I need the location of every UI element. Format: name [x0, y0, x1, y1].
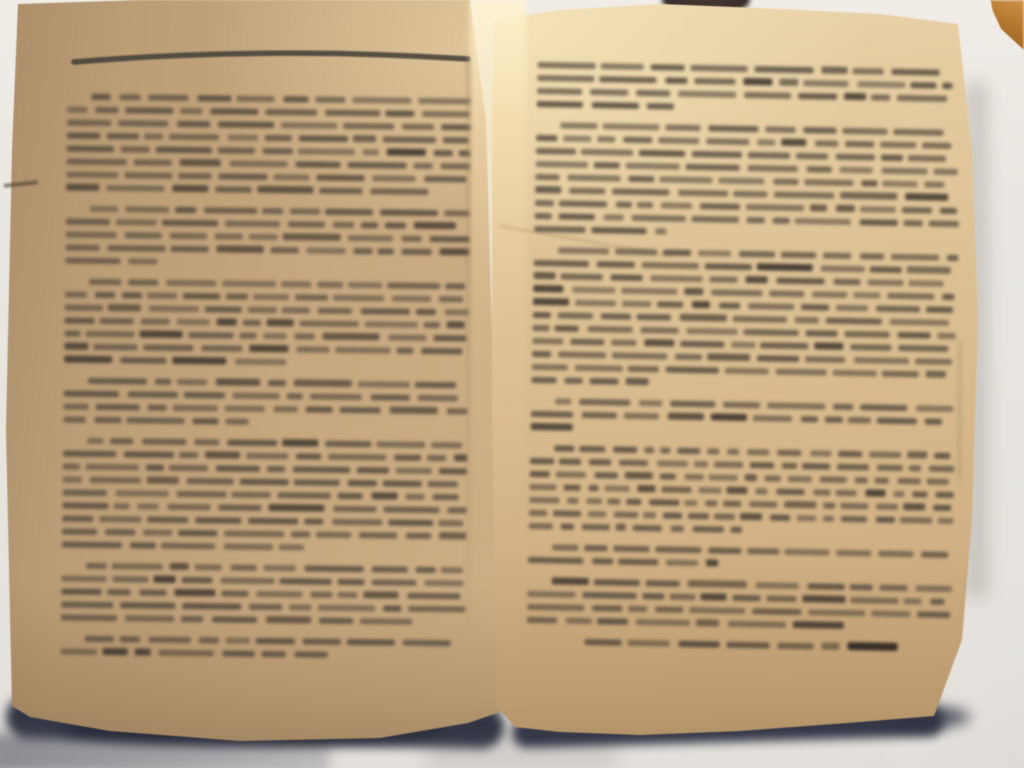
blurred-word [870, 266, 902, 273]
blurred-word [376, 441, 425, 448]
blurred-word [424, 322, 440, 328]
blurred-word [182, 577, 213, 583]
blurred-word [591, 227, 646, 234]
blurred-word [836, 154, 875, 161]
blurred-word [698, 487, 721, 493]
blurred-word [304, 518, 323, 524]
blurred-word [947, 255, 958, 261]
blurred-word [122, 292, 142, 298]
blurred-word [586, 498, 602, 504]
blurred-word [561, 524, 574, 530]
blurred-word [795, 317, 819, 323]
blurred-word [876, 504, 898, 510]
blurred-word [310, 592, 332, 598]
blurred-word [112, 563, 163, 570]
blurred-word [120, 357, 166, 364]
blurred-word [765, 126, 795, 133]
blurred-word [908, 280, 943, 287]
blurred-word [552, 544, 578, 550]
blurred-word [532, 351, 551, 357]
blurred-word [714, 513, 735, 519]
blurred-word [441, 567, 463, 573]
blurred-word [613, 546, 649, 553]
blurred-word [658, 137, 699, 144]
blurred-word [898, 478, 921, 484]
blurred-word [445, 283, 465, 289]
blurred-word [533, 298, 569, 306]
paragraph-blurred [63, 374, 468, 431]
blurred-word [387, 148, 426, 155]
blurred-word [887, 293, 934, 300]
blurred-word [803, 127, 836, 134]
blurred-word [632, 215, 686, 222]
blurred-word [902, 207, 932, 214]
blurred-word [537, 101, 583, 108]
blurred-word [560, 122, 597, 129]
blurred-word [934, 169, 958, 175]
blurred-word [256, 591, 302, 598]
blurred-word [288, 221, 325, 227]
blurred-word [249, 345, 288, 352]
blurred-word [744, 92, 791, 99]
paragraph-blurred [531, 243, 958, 394]
blurred-word [700, 203, 740, 210]
blurred-word [197, 95, 231, 101]
blurred-word [840, 167, 873, 174]
blurred-word [934, 453, 950, 459]
blurred-word [823, 252, 851, 259]
blurred-word [590, 89, 628, 96]
blurred-word [440, 248, 470, 255]
blurred-word [905, 193, 948, 201]
blurred-word [370, 188, 428, 195]
blurred-word [705, 263, 752, 270]
blurred-word [803, 80, 848, 87]
blurred-word [61, 649, 97, 655]
blurred-word [89, 279, 121, 285]
blurred-word [149, 637, 191, 644]
blurred-word [62, 516, 93, 522]
blurred-word [262, 208, 283, 214]
blurred-word [881, 155, 903, 161]
blurred-word [836, 550, 871, 557]
blurred-word [443, 137, 469, 143]
paragraph-blurred [62, 434, 467, 556]
blurred-word [776, 369, 827, 376]
blurred-word [406, 533, 431, 539]
blurred-word [836, 305, 868, 312]
blurred-word [711, 413, 747, 421]
blurred-word [910, 82, 936, 88]
blurred-word [178, 530, 217, 536]
blurred-word [527, 591, 575, 598]
blurred-word [421, 348, 462, 355]
blurred-word [597, 136, 615, 142]
blurred-word [926, 306, 953, 313]
blurred-word [534, 272, 556, 279]
blurred-word [441, 124, 471, 130]
blurred-word [264, 565, 296, 571]
paragraph-blurred [64, 275, 469, 371]
blurred-word [597, 261, 635, 268]
blurred-word [106, 185, 164, 192]
blurred-word [199, 637, 219, 643]
blurred-word [891, 254, 939, 261]
blurred-word [705, 500, 717, 506]
blurred-word [263, 148, 293, 154]
blurred-word [177, 491, 227, 498]
blurred-word [65, 318, 95, 324]
blurred-word [915, 358, 952, 365]
blurred-word [418, 395, 458, 401]
blurred-word [253, 294, 289, 300]
blurred-text-line [526, 634, 950, 655]
blurred-word [231, 565, 257, 571]
paragraph-blurred [61, 632, 465, 663]
blurred-word [147, 477, 179, 484]
blurred-word [743, 78, 772, 86]
blurred-word [124, 451, 174, 458]
signature-line [526, 634, 950, 655]
blurred-word [708, 125, 758, 132]
blurred-word [714, 461, 743, 468]
blurred-word [310, 394, 362, 401]
blurred-word [607, 498, 620, 504]
blurred-word [137, 503, 158, 509]
blurred-word [860, 404, 907, 411]
blurred-word [766, 595, 796, 602]
blurred-word [431, 442, 462, 448]
blurred-word [179, 452, 198, 458]
blurred-word [85, 636, 114, 642]
blurred-word [169, 465, 208, 471]
blurred-word [371, 579, 416, 586]
blurred-word [363, 149, 379, 155]
blurred-word [147, 517, 188, 524]
blurred-word [218, 121, 274, 128]
blurred-word [128, 391, 178, 398]
blurred-word [743, 329, 798, 336]
blurred-word [227, 440, 277, 447]
blurred-word [333, 295, 384, 302]
blurred-word [558, 312, 593, 319]
blurred-word [611, 274, 643, 281]
blurred-word [845, 141, 874, 148]
blurred-word [439, 296, 463, 302]
blurred-word [139, 589, 166, 595]
blurred-word [118, 120, 168, 127]
blurred-word [124, 172, 172, 179]
blurred-word [274, 406, 298, 412]
paragraph-blurred [528, 540, 952, 574]
blurred-word [876, 517, 895, 523]
blurred-word [639, 150, 685, 157]
blurred-word [588, 485, 598, 491]
blurred-word [172, 185, 208, 192]
blurred-word [628, 606, 647, 612]
blurred-word [691, 65, 748, 72]
blurred-word [558, 351, 606, 358]
blurred-word [385, 110, 414, 116]
blurred-word [428, 481, 458, 487]
blurred-word [685, 474, 704, 480]
blurred-word [434, 150, 453, 156]
blurred-word [942, 294, 954, 300]
blurred-word [821, 643, 839, 650]
blurred-word [733, 191, 767, 198]
blurred-word [661, 486, 691, 493]
blurred-word [372, 566, 408, 572]
blurred-word [554, 445, 574, 451]
blurred-word [694, 78, 735, 85]
paragraph-blurred [527, 574, 952, 634]
blurred-word [225, 405, 265, 411]
blurred-word [273, 174, 309, 180]
blurred-word [90, 206, 118, 212]
blurred-word [257, 186, 313, 194]
blurred-word [570, 339, 604, 346]
right-page-text-block [526, 58, 961, 663]
blurred-word [853, 68, 884, 75]
blurred-word [869, 451, 901, 458]
blurred-word [810, 450, 831, 456]
blurred-word [317, 282, 343, 288]
paragraph-blurred [537, 58, 962, 118]
blurred-word [666, 560, 698, 567]
blurred-word [88, 378, 147, 385]
blurred-word [538, 62, 596, 69]
blurred-word [848, 417, 871, 423]
blurred-word [283, 96, 308, 102]
blurred-word [156, 147, 212, 154]
blurred-word [279, 544, 304, 550]
blurred-word [161, 543, 215, 550]
blurred-word [392, 296, 431, 302]
blurred-word [536, 148, 576, 155]
blurred-word [757, 139, 775, 145]
blurred-word [116, 490, 169, 497]
blurred-word [291, 531, 310, 537]
blurred-word [216, 378, 260, 386]
blurred-word [225, 220, 280, 227]
blurred-word [637, 485, 655, 492]
blurred-word [908, 155, 946, 162]
blurred-word [626, 163, 680, 170]
blurred-word [805, 330, 837, 337]
blurred-word [226, 294, 248, 300]
blurred-word [747, 548, 779, 555]
blurred-word [853, 292, 880, 299]
blurred-word [892, 69, 940, 76]
blurred-word [438, 520, 463, 526]
blurred-word [108, 245, 166, 252]
blurred-word [62, 503, 108, 510]
blurred-word [134, 159, 172, 165]
blurred-word [353, 135, 376, 142]
blurred-word [533, 312, 551, 318]
blurred-word [189, 332, 234, 339]
blurred-word [280, 578, 332, 585]
blurred-word [408, 606, 465, 613]
blurred-word [388, 334, 426, 340]
blurred-word [246, 453, 288, 460]
blurred-word [755, 66, 814, 73]
blurred-word [755, 488, 767, 494]
blurred-word [533, 325, 550, 331]
blurred-word [784, 501, 816, 509]
blurred-word [265, 135, 292, 141]
blurred-word [825, 417, 843, 423]
blurred-word [757, 355, 799, 362]
blurred-word [235, 359, 286, 366]
blurred-word [711, 289, 762, 296]
blurred-word [182, 603, 241, 610]
blurred-word [146, 465, 164, 471]
blurred-word [358, 381, 410, 388]
blurred-word [663, 512, 682, 518]
blurred-word [387, 282, 440, 289]
blurred-word [338, 579, 365, 585]
blurred-word [718, 177, 764, 184]
blurred-word [416, 309, 436, 315]
blurred-word [249, 234, 278, 240]
blurred-word [882, 168, 928, 175]
blurred-word [130, 542, 156, 548]
blurred-word [707, 353, 750, 361]
blurred-word [805, 356, 845, 363]
blurred-word [900, 517, 932, 524]
blurred-word [793, 621, 844, 629]
blurred-word [666, 367, 719, 374]
blurred-word [644, 339, 674, 347]
blurred-word [779, 79, 798, 86]
blurred-word [893, 491, 904, 497]
blurred-word [857, 81, 905, 88]
blurred-word [537, 88, 582, 95]
blurred-word [661, 202, 692, 209]
blurred-word [365, 321, 418, 328]
blurred-word [187, 478, 234, 485]
blurred-word [616, 202, 632, 208]
blurred-word [850, 584, 873, 590]
blurred-word [637, 202, 653, 208]
blurred-word [897, 95, 947, 102]
blurred-word [433, 335, 466, 341]
blurred-word [671, 526, 684, 532]
blurred-word [688, 513, 709, 519]
blurred-word [796, 153, 828, 160]
blurred-word [680, 341, 724, 348]
blurred-word [66, 232, 117, 239]
blurred-word [628, 176, 654, 182]
blurred-word [665, 124, 700, 131]
blurred-word [823, 503, 835, 509]
blurred-word [360, 618, 412, 625]
blurred-word [618, 559, 658, 566]
blurred-word [749, 501, 777, 508]
blurred-word [177, 319, 210, 325]
blurred-word [890, 319, 949, 326]
blurred-word [174, 589, 215, 597]
blurred-word [841, 516, 867, 522]
blurred-word [692, 216, 739, 223]
blurred-word [688, 580, 747, 588]
blurred-word [459, 150, 471, 156]
blurred-word [893, 129, 943, 136]
blurred-word [230, 161, 288, 168]
blurred-word [316, 532, 351, 538]
signature-name-bold [847, 642, 897, 651]
blurred-word [100, 318, 134, 324]
blurred-word [929, 221, 959, 228]
blurred-word [776, 489, 804, 496]
blurred-word [64, 343, 88, 350]
blurred-word [383, 506, 439, 513]
blurred-word [698, 250, 731, 257]
blurred-word [228, 135, 258, 141]
blurred-word [860, 219, 898, 226]
blurred-word [105, 529, 135, 535]
blurred-word [294, 333, 314, 339]
blurred-word [402, 124, 434, 130]
blurred-word [733, 316, 787, 323]
blurred-word [626, 499, 641, 505]
blurred-word [268, 504, 324, 512]
blurred-word [96, 404, 140, 411]
blurred-word [167, 504, 210, 511]
blurred-word [909, 465, 921, 471]
blurred-word [687, 328, 738, 335]
blurred-word [178, 173, 211, 179]
blurred-word [850, 344, 891, 351]
blurred-word [232, 492, 271, 498]
blurred-word [529, 510, 547, 516]
blurred-word [940, 208, 957, 214]
blurred-word [348, 480, 377, 486]
blurred-word [170, 563, 189, 570]
blurred-word [347, 639, 395, 646]
blurred-word [566, 618, 592, 624]
blurred-word [812, 291, 847, 298]
blurred-word [820, 476, 847, 483]
blurred-word [678, 641, 719, 648]
blurred-word [218, 147, 255, 153]
blurred-word [99, 516, 141, 523]
blurred-word [348, 282, 382, 288]
blurred-word [143, 344, 193, 351]
blurred-word [383, 136, 436, 143]
blurred-word [651, 64, 685, 71]
blurred-word [655, 546, 701, 553]
blurred-word [558, 247, 609, 254]
blurred-word [602, 123, 659, 130]
blurred-word [882, 371, 919, 378]
blurred-word [240, 479, 289, 486]
blurred-word [248, 518, 298, 525]
blurred-word [271, 247, 299, 253]
blurred-word [850, 597, 898, 604]
blurred-word [402, 236, 422, 242]
blurred-word [536, 135, 557, 141]
blurred-word [319, 618, 353, 624]
blurred-word [180, 159, 221, 167]
blurred-word [643, 512, 656, 518]
blurred-word [210, 108, 258, 115]
blurred-word [322, 333, 379, 341]
blurred-word [394, 455, 421, 461]
blurred-word [86, 331, 135, 338]
blurred-word [878, 551, 913, 558]
